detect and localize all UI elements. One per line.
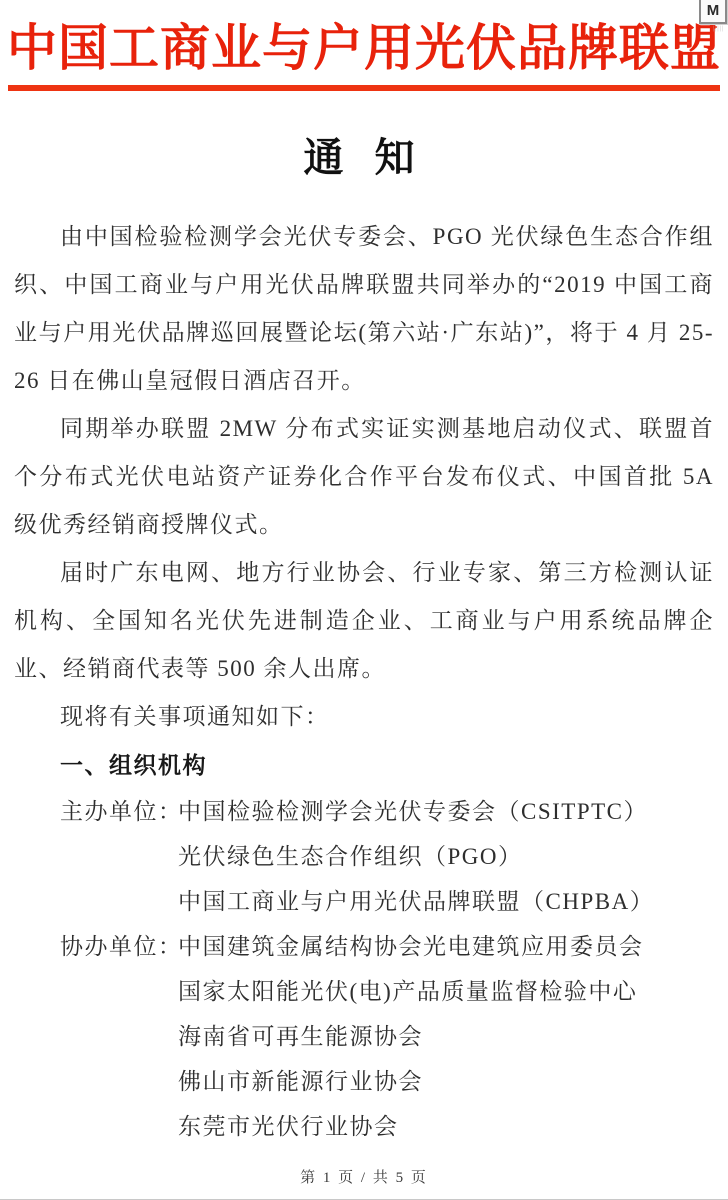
paragraph-event-intro: 由中国检验检测学会光伏专委会、PGO 光伏绿色生态合作组织、中国工商业与户用光伏… bbox=[14, 213, 714, 405]
organizers-block: 主办单位： 中国检验检测学会光伏专委会（CSITPTC） 光伏绿色生态合作组织（… bbox=[14, 789, 714, 924]
paragraph-attendees: 届时广东电网、地方行业协会、行业专家、第三方检测认证机构、全国知名光伏先进制造企… bbox=[14, 549, 714, 693]
letterhead-rule bbox=[8, 85, 720, 91]
section-heading-organization: 一、组织机构 bbox=[14, 741, 714, 789]
clipped-app-icon-glyph: M bbox=[707, 2, 720, 19]
paragraph-concurrent-events: 同期举办联盟 2MW 分布式实证实测基地启动仪式、联盟首个分布式光伏电站资产证券… bbox=[14, 405, 714, 549]
list-item: 光伏绿色生态合作组织（PGO） bbox=[178, 834, 714, 879]
paragraph-lead-in: 现将有关事项通知如下： bbox=[14, 693, 714, 741]
list-item: 中国检验检测学会光伏专委会（CSITPTC） bbox=[178, 789, 714, 834]
list-item: 佛山市新能源行业协会 bbox=[178, 1059, 714, 1104]
scan-artifact-ticks: ||||| bbox=[713, 26, 724, 32]
document-body: 由中国检验检测学会光伏专委会、PGO 光伏绿色生态合作组织、中国工商业与户用光伏… bbox=[14, 213, 714, 1149]
co-organizers-block: 协办单位： 中国建筑金属结构协会光电建筑应用委员会 国家太阳能光伏(电)产品质量… bbox=[14, 924, 714, 1149]
list-item: 国家太阳能光伏(电)产品质量监督检验中心 bbox=[178, 969, 714, 1014]
organizers-list: 中国检验检测学会光伏专委会（CSITPTC） 光伏绿色生态合作组织（PGO） 中… bbox=[178, 789, 714, 924]
list-item: 海南省可再生能源协会 bbox=[178, 1014, 714, 1059]
list-item: 中国工商业与户用光伏品牌联盟（CHPBA） bbox=[178, 879, 714, 924]
notice-document-page: { "letterhead": { "org_name": "中国工商业与户用光… bbox=[0, 0, 728, 1200]
page-number: 第 1 页 / 共 5 页 bbox=[0, 1166, 728, 1187]
document-title: 通 知 bbox=[0, 135, 728, 181]
list-item: 中国建筑金属结构协会光电建筑应用委员会 bbox=[178, 924, 714, 969]
co-organizers-label: 协办单位： bbox=[60, 924, 183, 969]
list-item: 东莞市光伏行业协会 bbox=[178, 1104, 714, 1149]
clipped-app-icon[interactable]: M bbox=[699, 0, 727, 24]
letterhead: 中国工商业与户用光伏品牌联盟 bbox=[0, 0, 728, 91]
letterhead-org-name: 中国工商业与户用光伏品牌联盟 bbox=[0, 21, 728, 75]
organizers-label: 主办单位： bbox=[60, 789, 183, 834]
co-organizers-list: 中国建筑金属结构协会光电建筑应用委员会 国家太阳能光伏(电)产品质量监督检验中心… bbox=[178, 924, 714, 1149]
